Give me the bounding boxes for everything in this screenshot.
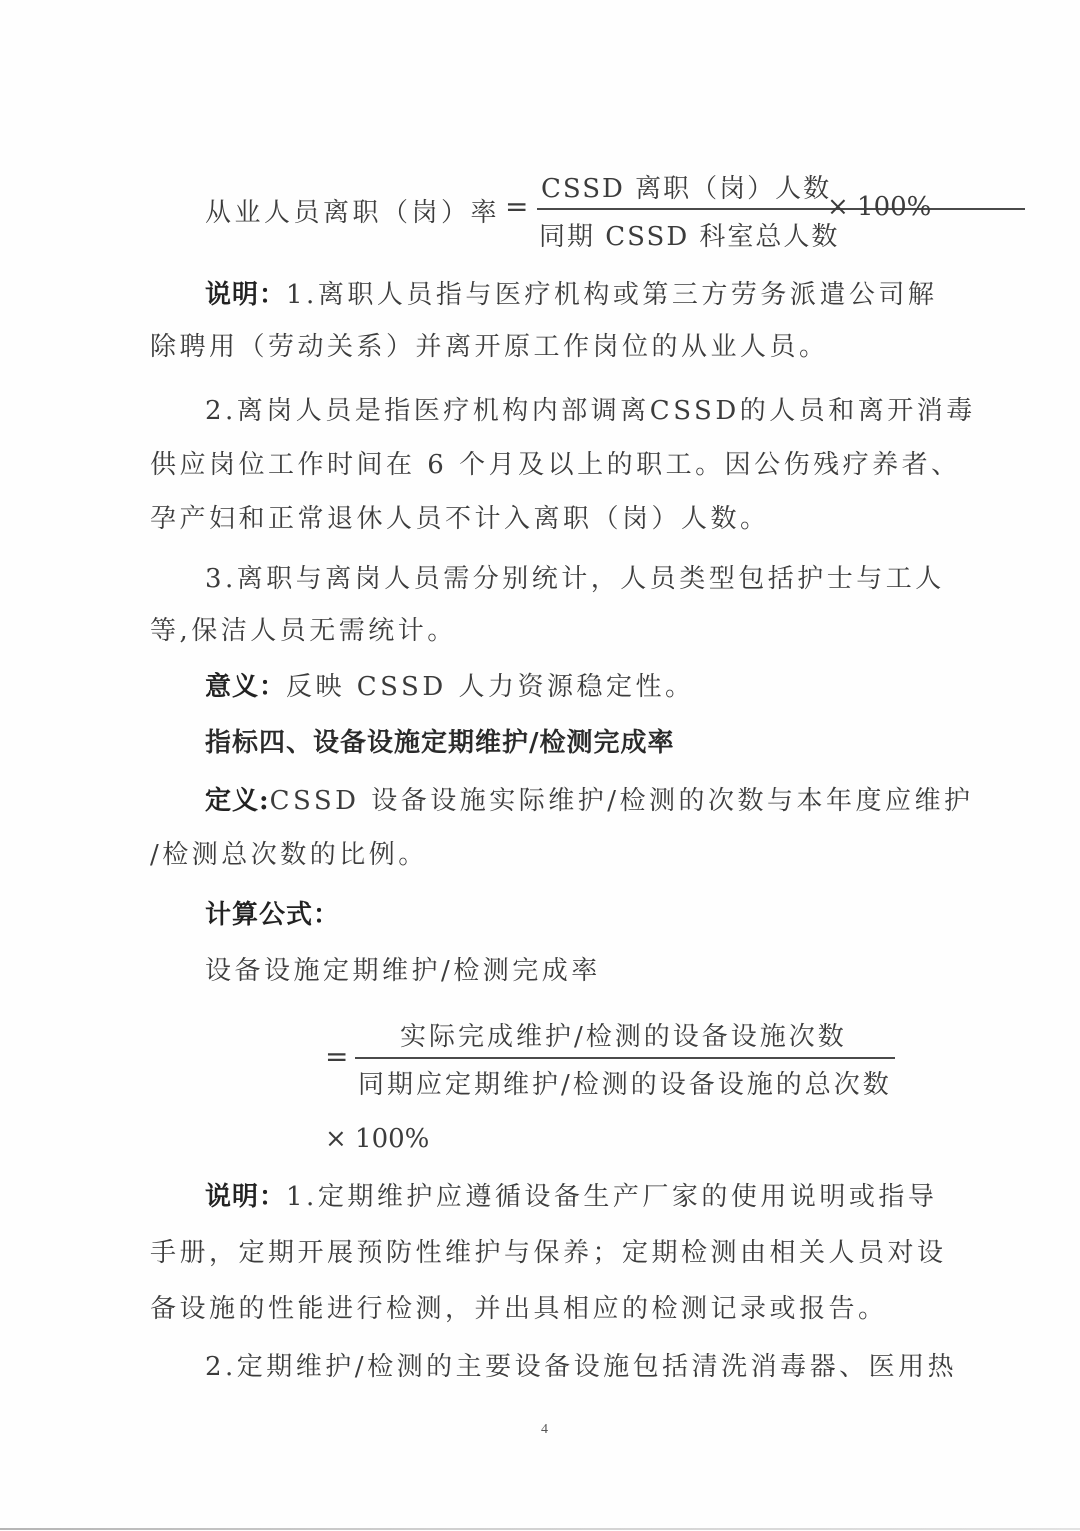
equals-sign: =: [505, 190, 528, 223]
note-text: 1.离职人员指与医疗机构或第三方劳务派遣公司解: [286, 280, 937, 310]
definition-line2: /检测总次数的比例。: [150, 838, 428, 872]
page-number: 4: [541, 1422, 548, 1438]
note2-item2-line1: 2.定期维护/检测的主要设备设施包括清洗消毒器、医用热: [205, 1350, 957, 1384]
definition-text: CSSD 设备设施实际维护/检测的次数与本年度应维护: [270, 786, 974, 816]
note-text: 1.定期维护应遵循设备生产厂家的使用说明或指导: [286, 1182, 937, 1212]
document-page: 从业人员离职（岗）率 = CSSD 离职（岗）人数 同期 CSSD 科室总人数 …: [0, 0, 1080, 1531]
note2-item1-line1: 说明：1.定期维护应遵循设备生产厂家的使用说明或指导: [205, 1180, 937, 1214]
formula-numerator: CSSD 离职（岗）人数: [541, 168, 831, 205]
note2-item1-line3: 备设施的性能进行检测，并出具相应的检测记录或报告。: [150, 1292, 888, 1326]
turnover-rate-formula: 从业人员离职（岗）率 = CSSD 离职（岗）人数 同期 CSSD 科室总人数 …: [205, 168, 935, 248]
note1-item2-line3: 孕产妇和正常退休人员不计入离职（岗）人数。: [150, 502, 770, 536]
note1-item2-line2: 供应岗位工作时间在 6 个月及以上的职工。因公伤残疗养者、: [150, 448, 961, 482]
formula-denominator: 同期 CSSD 科室总人数: [539, 216, 839, 253]
definition-line1: 定义:CSSD 设备设施实际维护/检测的次数与本年度应维护: [205, 784, 974, 818]
formula2-numerator: 实际完成维护/检测的设备设施次数: [400, 1016, 847, 1053]
formula-name: 设备设施定期维护/检测完成率: [205, 954, 601, 988]
formula-multiplier: × 100%: [827, 192, 931, 222]
note-label: 说明：: [205, 1182, 286, 1212]
fraction-bar: [355, 1057, 895, 1059]
fraction-bar: [537, 208, 1025, 210]
formula2-multiplier: × 100%: [325, 1124, 429, 1154]
note1-item2-line1: 2.离岗人员是指医疗机构内部调离CSSD的人员和离开消毒: [205, 394, 976, 428]
equals-sign: =: [325, 1040, 348, 1073]
note1-item1-line2: 除聘用（劳动关系）并离开原工作岗位的从业人员。: [150, 330, 829, 364]
note1-item3-line1: 3.离职与离岗人员需分别统计，人员类型包括护士与工人: [205, 562, 945, 596]
bottom-edge-rule: [0, 1528, 1080, 1530]
note2-item1-line2: 手册，定期开展预防性维护与保养；定期检测由相关人员对设: [150, 1236, 947, 1270]
significance-line: 意义：反映 CSSD 人力资源稳定性。: [205, 670, 694, 704]
formula-label: 计算公式：: [205, 898, 340, 932]
note1-item1-line1: 说明：1.离职人员指与医疗机构或第三方劳务派遣公司解: [205, 278, 937, 312]
definition-label: 定义:: [205, 786, 270, 816]
formula-lhs: 从业人员离职（岗）率: [205, 192, 500, 229]
significance-label: 意义：: [205, 672, 286, 702]
significance-text: 反映 CSSD 人力资源稳定性。: [286, 672, 694, 702]
formula2-denominator: 同期应定期维护/检测的设备设施的总次数: [358, 1064, 892, 1101]
note1-item3-line2: 等,保洁人员无需统计。: [150, 614, 457, 648]
note-label: 说明：: [205, 280, 286, 310]
indicator4-heading: 指标四、设备设施定期维护/检测完成率: [205, 726, 675, 760]
